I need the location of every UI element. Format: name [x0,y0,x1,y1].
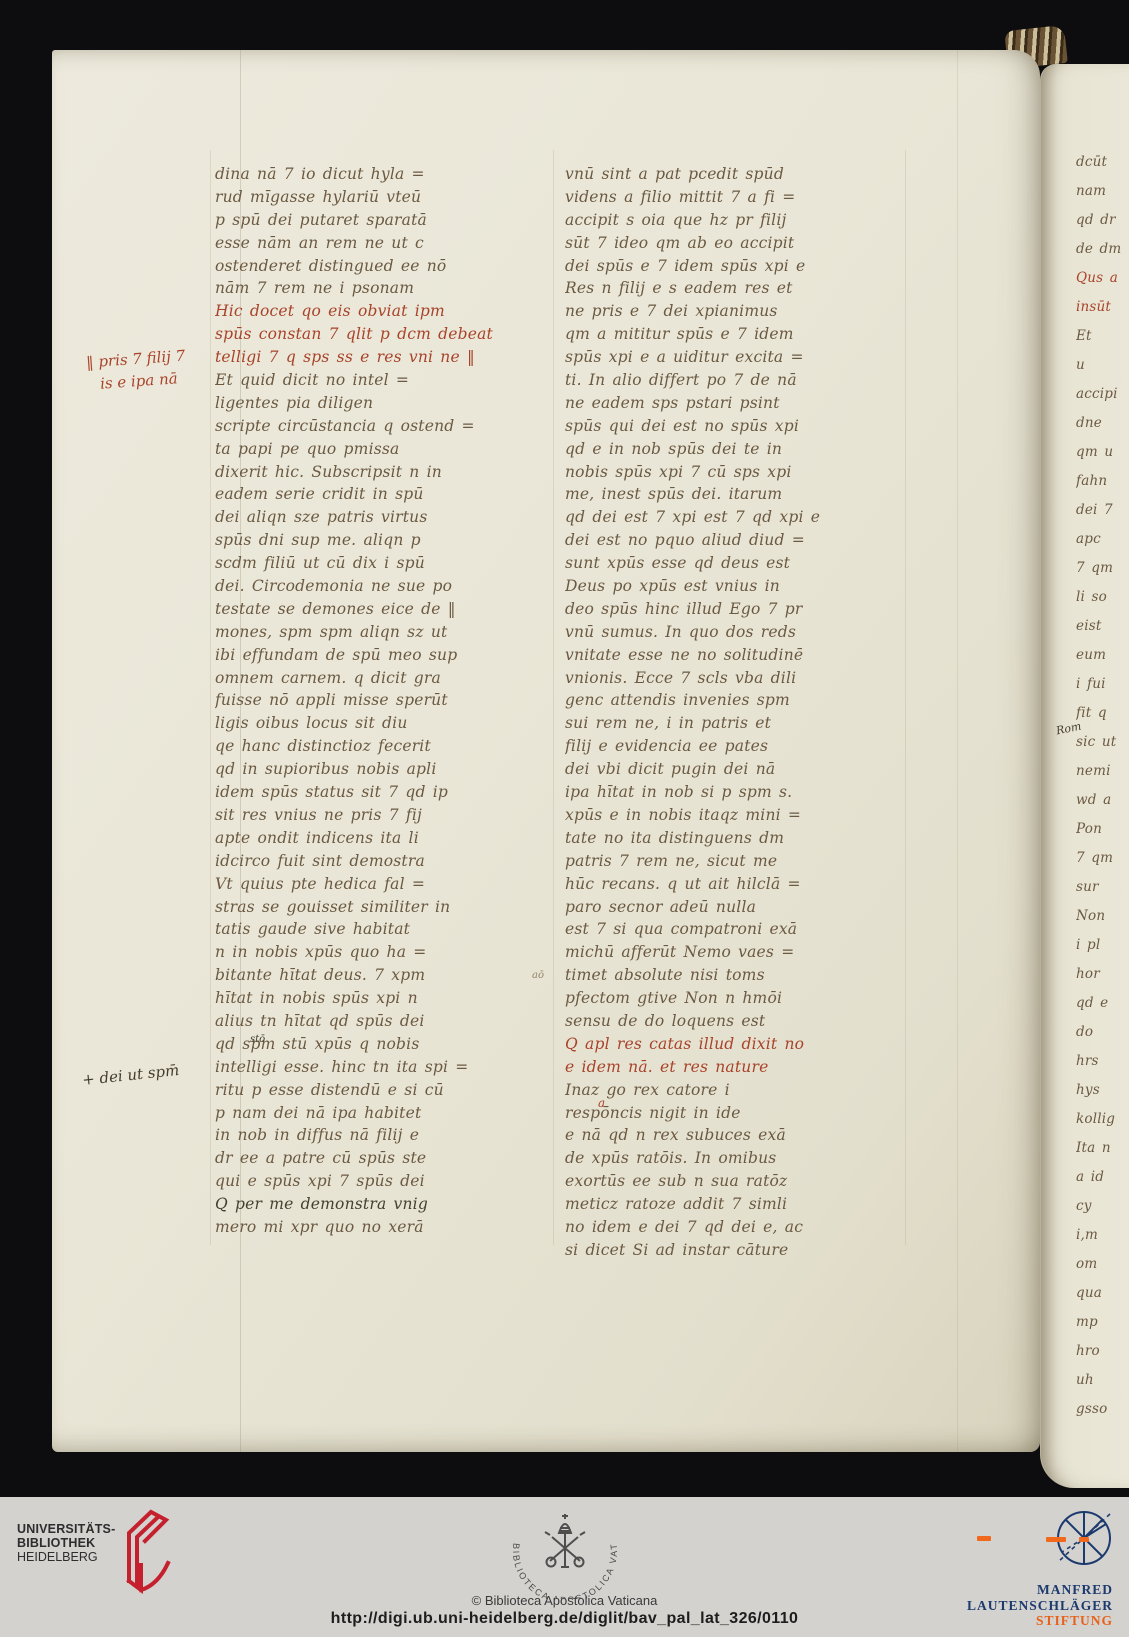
text-column-2: vnū sint a pat pcedit spūdvidens a filio… [565,163,907,1262]
manuscript-line: deo spūs hinc illud Ego 7 pr [565,598,907,621]
manuscript-line: dina nā 7 io dicut hyla = [215,163,553,186]
manuscript-line-fragment: sur [1076,873,1129,902]
foundation-orange-dash [977,1536,991,1541]
manuscript-line: vnū sint a pat pcedit spūd [565,163,907,186]
vatican-seal-icon: BIBLIOTECA APOSTOLICA VATICANA [490,1507,640,1599]
text-column-1: dina nā 7 io dicut hyla =rud mīgasse hyl… [215,163,553,1239]
manuscript-line: n in nobis xpūs quo ha = [215,941,553,964]
ruling-line [553,150,554,1245]
manuscript-line-fragment: dei 7 [1076,496,1129,525]
manuscript-line: si dicet Si ad instar cāture [565,1239,907,1262]
manuscript-line: Q per me demonstra vnig [215,1193,553,1216]
manuscript-line-fragment: wd a [1076,786,1129,815]
manuscript-line: meticz ratoze addit 7 simli [565,1193,907,1216]
foundation-name-line3: STIFTUNG [967,1613,1113,1629]
foundation-name-line1: MANFRED [967,1582,1113,1598]
manuscript-line-fragment: eum [1076,641,1129,670]
manuscript-line: scdm filiū ut cū dix i spū [215,552,553,575]
manuscript-line: ne pris e 7 dei xpianimus [565,300,907,323]
manuscript-line-fragment: qd dr [1076,206,1129,235]
manuscript-line: hītat in nobis spūs xpi n [215,987,553,1010]
manuscript-line: hūc recans. q ut ait hilclā = [565,873,907,896]
manuscript-line: patris 7 rem ne, sicut me [565,850,907,873]
manuscript-line: qm a mititur spūs e 7 idem [565,323,907,346]
manuscript-line: sui rem ne, i in patris et [565,712,907,735]
vatican-copyright: © Biblioteca Apostolica Vaticana [0,1593,1129,1608]
foundation-name-line2: LAUTENSCHLÄGER [967,1598,1113,1614]
manuscript-line: e nā qd n rex subuces exā [565,1124,907,1147]
manuscript-line: testate se demones eice de ‖ [215,598,553,621]
manuscript-line: no idem e dei 7 qd dei e, ac [565,1216,907,1239]
manuscript-line: qd e in nob spūs dei te in [565,438,907,461]
manuscript-line-fragment: i pl [1076,931,1129,960]
manuscript-line: alius tn hītat qd spūs dei [215,1010,553,1033]
red-a-mark: a [598,1096,605,1110]
manuscript-line-fragment: gsso [1076,1395,1129,1424]
manuscript-line-fragment: hys [1076,1076,1129,1105]
footer-bar: UNIVERSITÄTS- BIBLIOTHEK HEIDELBERG BIBL… [0,1497,1129,1637]
manuscript-line: paro secnor adeū nulla [565,896,907,919]
manuscript-line: dr ee a patre cū spūs ste [215,1147,553,1170]
manuscript-line-fragment: i fui [1076,670,1129,699]
manuscript-line-fragment: Ita n [1076,1134,1129,1163]
library-name: UNIVERSITÄTS- BIBLIOTHEK HEIDELBERG [17,1522,115,1564]
manuscript-line: nobis spūs xpi 7 cū sps xpi [565,461,907,484]
manuscript-line: omnem carnem. q dicit gra [215,667,553,690]
manuscript-line: stras se gouisset similiter in [215,896,553,919]
manuscript-line: dei. Circodemonia ne sue po [215,575,553,598]
manuscript-line: accipit s oia que hz pr filij [565,209,907,232]
interlinear-addition: stō [250,1034,265,1045]
manuscript-line-fragment: Pon [1076,815,1129,844]
manuscript-line: ibi effundam de spū meo sup [215,644,553,667]
manuscript-line: dei vbi dicit pugin dei nā [565,758,907,781]
manuscript-line: spūs constan 7 qlit p dcm debeat [215,323,553,346]
manuscript-line: sūt 7 ideo qm ab eo accipit [565,232,907,255]
manuscript-line-fragment: qd e [1076,989,1129,1018]
manuscript-line: esse nām an rem ne ut c [215,232,553,255]
foundation-orange-dash [1046,1537,1066,1542]
manuscript-line: mones, spm spm aliqn sz ut [215,621,553,644]
manuscript-line-fragment: sic ut [1076,728,1129,757]
manuscript-line-fragment: do [1076,1018,1129,1047]
manuscript-line: spūs xpi e a uiditur excita = [565,346,907,369]
manuscript-line: de xpūs ratōis. In omibus [565,1147,907,1170]
manuscript-line: Hic docet qo eis obviat ipm [215,300,553,323]
manuscript-line: intelligi esse. hinc tn ita spi = [215,1056,553,1079]
svg-text:BIBLIOTECA APOSTOLICA VATICA: BIBLIOTECA APOSTOLICA VATICANA [490,1507,619,1599]
manuscript-line: dei aliqn sze patris virtus [215,506,553,529]
manuscript-line-fragment: fahn [1076,467,1129,496]
scan-viewport: dina nā 7 io dicut hyla =rud mīgasse hyl… [0,0,1129,1637]
parchment-fold-line [957,50,958,1452]
manuscript-line-fragment: 7 qm [1076,844,1129,873]
manuscript-line: eadem serie cridit in spū [215,483,553,506]
manuscript-line-fragment: de dm [1076,235,1129,264]
manuscript-line-fragment: eist [1076,612,1129,641]
manuscript-line: qd in supioribus nobis apli [215,758,553,781]
ruling-line [210,150,211,1245]
manuscript-line: ligentes pia diligen [215,392,553,415]
library-name-line1: UNIVERSITÄTS- [17,1522,115,1536]
manuscript-line-fragment: insūt [1076,293,1129,322]
manuscript-line-fragment: qm u [1076,438,1129,467]
manuscript-line-fragment: Non [1076,902,1129,931]
manuscript-line: qui e spūs xpi 7 spūs dei [215,1170,553,1193]
digitization-url: http://digi.ub.uni-heidelberg.de/diglit/… [0,1610,1129,1628]
manuscript-line: rud mīgasse hylariū vteū [215,186,553,209]
manuscript-line: dei spūs e 7 idem spūs xpi e [565,255,907,278]
manuscript-line: fuisse nō appli misse sperūt [215,689,553,712]
vatican-seal-circular-text: BIBLIOTECA APOSTOLICA VATICANA [490,1507,619,1599]
manuscript-line: Q apl res catas illud dixit no [565,1033,907,1056]
manuscript-line: sensu de do loquens est [565,1010,907,1033]
manuscript-line-fragment: kollig [1076,1105,1129,1134]
manuscript-line-fragment: 7 qm [1076,554,1129,583]
manuscript-line: videns a filio mittit 7 a fi = [565,186,907,209]
manuscript-line-fragment: accipi [1076,380,1129,409]
manuscript-line-fragment: a id [1076,1163,1129,1192]
manuscript-line: vnionis. Ecce 7 scls vba dili [565,667,907,690]
manuscript-line-fragment: hro [1076,1337,1129,1366]
library-name-line3: HEIDELBERG [17,1550,115,1564]
manuscript-line: Res n filij e s eadem res et [565,277,907,300]
manuscript-line: e idem nā. et res nature [565,1056,907,1079]
manuscript-line: est 7 si qua compatroni exā [565,918,907,941]
manuscript-line: michū afferūt Nemo vaes = [565,941,907,964]
manuscript-line: scripte circūstancia q ostend = [215,415,553,438]
manuscript-line: exortūs ee sub n sua ratōz [565,1170,907,1193]
manuscript-line: idcirco fuit sint demostra [215,850,553,873]
manuscript-line: ti. In alio differt po 7 de nā [565,369,907,392]
manuscript-line: Vt quius pte hedica fal = [215,873,553,896]
manuscript-line-fragment: i,m [1076,1221,1129,1250]
manuscript-line: qd dei est 7 xpi est 7 qd xpi e [565,506,907,529]
manuscript-line-fragment: li so [1076,583,1129,612]
manuscript-line-fragment: cy [1076,1192,1129,1221]
manuscript-line: Deus po xpūs est vnius in [565,575,907,598]
manuscript-line: me, inest spūs dei. itarum [565,483,907,506]
manuscript-line: respōncis nigit in ide [565,1102,907,1125]
manuscript-line-fragment: nemi [1076,757,1129,786]
manuscript-line: idem spūs status sit 7 qd ip [215,781,553,804]
manuscript-line: dixerit hic. Subscripsit n in [215,461,553,484]
manuscript-line: mero mi xpr quo no xerā [215,1216,553,1239]
manuscript-line: p spū dei putaret sparatā [215,209,553,232]
manuscript-line: filij e evidencia ee pates [565,735,907,758]
manuscript-line: telligi 7 q sps ss e res vni ne ‖ [215,346,553,369]
manuscript-line-fragment: om [1076,1250,1129,1279]
manuscript-line-fragment: fit q [1076,699,1129,728]
manuscript-line: Inaz go rex catore i [565,1079,907,1102]
manuscript-line: ne eadem sps pstari psint [565,392,907,415]
manuscript-line-fragment: nam [1076,177,1129,206]
manuscript-line: genc attendis invenies spm [565,689,907,712]
manuscript-line: tatis gaude sive habitat [215,918,553,941]
library-book-logo-icon [110,1503,172,1595]
manuscript-line: Et quid dicit no intel = [215,369,553,392]
manuscript-line-fragment: qua [1076,1279,1129,1308]
manuscript-line-fragment: Qus a [1076,264,1129,293]
manuscript-line: in nob in diffus nā filij e [215,1124,553,1147]
manuscript-line-fragment: dcūt [1076,148,1129,177]
manuscript-line: sit res vnius ne pris 7 fij [215,804,553,827]
manuscript-line: vnitate esse ne no solitudinē [565,644,907,667]
between-columns-mark: aō [532,970,544,981]
manuscript-line: spūs dni sup me. aliqn p [215,529,553,552]
manuscript-line-fragment: u [1076,351,1129,380]
manuscript-line: timet absolute nisi toms [565,964,907,987]
manuscript-line: qe hanc distinctioz fecerit [215,735,553,758]
manuscript-line: bitante hītat deus. 7 xpm [215,964,553,987]
manuscript-line: ipa hītat in nob si p spm s. [565,781,907,804]
manuscript-line: ta papi pe quo pmissa [215,438,553,461]
manuscript-line: tate no ita distinguens dm [565,827,907,850]
manuscript-line-fragment: apc [1076,525,1129,554]
manuscript-line: ritu p esse distendū e si cū [215,1079,553,1102]
manuscript-line: vnū sumus. In quo dos reds [565,621,907,644]
manuscript-line-fragment: Et [1076,322,1129,351]
manuscript-line-fragment: hor [1076,960,1129,989]
manuscript-line: sunt xpūs esse qd deus est [565,552,907,575]
manuscript-line: apte ondit indicens ita li [215,827,553,850]
manuscript-line: nām 7 rem ne i psonam [215,277,553,300]
manuscript-line: xpūs e in nobis itaqz mini = [565,804,907,827]
manuscript-line: ligis oibus locus sit diu [215,712,553,735]
manuscript-line-fragment: uh [1076,1366,1129,1395]
manuscript-line-fragment: mp [1076,1308,1129,1337]
manuscript-line-fragment: hrs [1076,1047,1129,1076]
manuscript-line: p nam dei nā ipa habitet [215,1102,553,1125]
foundation-orange-dash [1079,1537,1089,1542]
manuscript-line: pfectom gtive Non n hmōi [565,987,907,1010]
manuscript-line: ostenderet distingued ee nō [215,255,553,278]
manuscript-line-fragment: dne [1076,409,1129,438]
foundation-name: MANFRED LAUTENSCHLÄGER STIFTUNG [967,1582,1113,1629]
manuscript-line: qd spm stū xpūs q nobis [215,1033,553,1056]
facing-page-text: dcūtnamqd drde dmQus ainsūtEtuaccipidneq… [1076,148,1129,1424]
manuscript-line: spūs qui dei est no spūs xpi [565,415,907,438]
manuscript-line: dei est no pquo aliud diud = [565,529,907,552]
library-name-line2: BIBLIOTHEK [17,1536,115,1550]
